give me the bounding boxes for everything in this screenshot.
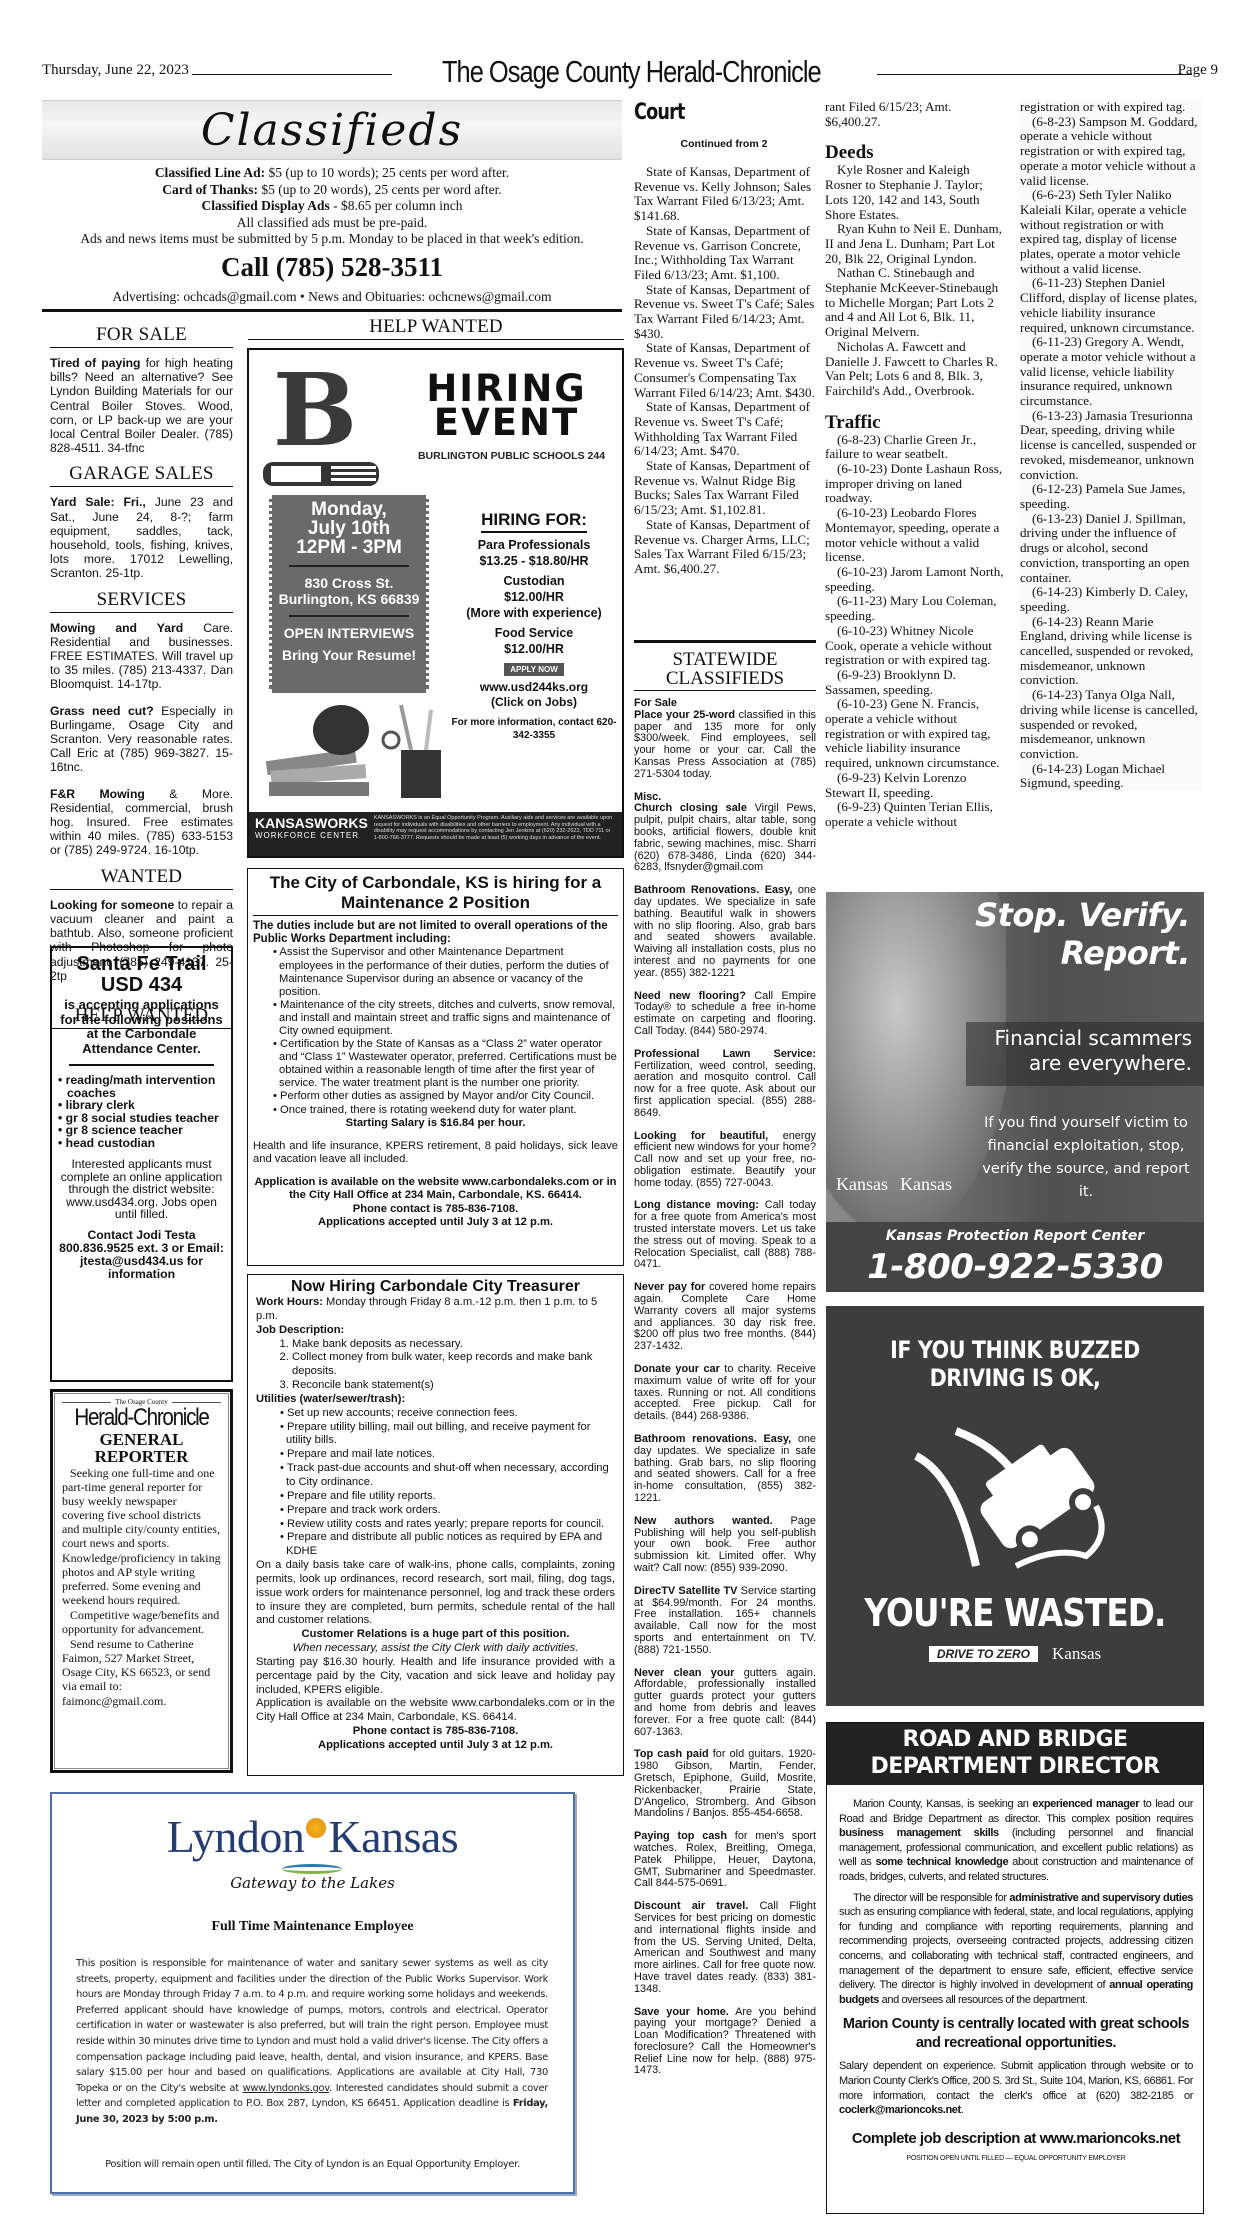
traffic-item: (6-10-23) Whitney Nicole Cook, operate a… xyxy=(825,624,1008,668)
classified-rates: Classified Line Ad: $5 (up to 10 words);… xyxy=(42,165,622,248)
daily-duties: On a daily basis take care of walk-ins, … xyxy=(256,1559,615,1628)
classified-ad: Tired of paying for high heating bills? … xyxy=(50,356,233,455)
call-number: Call (785) 528-3511 xyxy=(42,252,622,283)
rate-line: Classified Line Ad: $5 (up to 10 words);… xyxy=(42,165,622,182)
court-continued-column: rant Filed 6/15/23; Amt. $6,400.27. Deed… xyxy=(825,100,1008,830)
section-heading-for-sale: FOR SALE xyxy=(50,324,233,348)
classified-ad: Grass need cut? Especially in Burlingame… xyxy=(50,704,233,775)
divider xyxy=(289,565,409,567)
ad-footer: POSITION OPEN UNTIL FILLED — EQUAL OPPOR… xyxy=(839,2155,1193,2162)
job-description-list: Make bank deposits as necessary. Collect… xyxy=(256,1338,615,1393)
traffic-item: (6-11-23) Stephen Daniel Clifford, displ… xyxy=(1020,276,1202,335)
ad-headline: Stop. Verify.Report. xyxy=(975,896,1190,972)
statewide-classifieds-header: STATEWIDE CLASSIFIEDS xyxy=(634,640,816,691)
sponsor-logos: DRIVE TO ZERO Kansas xyxy=(826,1644,1204,1664)
kansasworks-footer: KANSASWORKSWORKFORCE CENTER KANSASWORKS … xyxy=(249,812,622,856)
job-item: Collect money from bulk water, keep reco… xyxy=(292,1351,615,1379)
utilities-label: Utilities (water/sewer/trash): xyxy=(256,1393,405,1405)
deeds-heading: Deeds xyxy=(825,143,1008,163)
traffic-item: (6-10-23) Donte Lashaun Ross, improper d… xyxy=(825,462,1008,506)
wave-icon xyxy=(282,1864,342,1874)
court-item-continued: rant Filed 6/15/23; Amt. $6,400.27. xyxy=(825,100,1008,129)
traffic-item: (6-14-23) Logan Michael Sigmund, speedin… xyxy=(1020,762,1202,791)
traffic-item: (6-10-23) Jarom Lamont North, speeding. xyxy=(825,565,1008,594)
rate-line: All classified ads must be pre-paid. xyxy=(42,215,622,232)
duty-item: Assist the Supervisor and other Maintena… xyxy=(279,946,618,998)
court-item: State of Kansas, Department of Revenue v… xyxy=(634,165,816,224)
deed-item: Kyle Rosner and Kaleigh Rosner to Stepha… xyxy=(825,163,1008,222)
report-phone-number: 1-800-922-5330 xyxy=(826,1247,1204,1287)
statewide-ad: Professional Lawn Service: Fertilization… xyxy=(634,1049,816,1120)
rate-line: Card of Thanks: $5 (up to 20 words), 25 … xyxy=(42,182,622,199)
ad-title: Now Hiring Carbondale City Treasurer xyxy=(256,1278,615,1296)
traffic-item: (6-13-23) Jamasia Tresurionna Dear, spee… xyxy=(1020,409,1202,483)
duties-intro: The duties include but are not limited t… xyxy=(253,920,618,946)
sun-icon xyxy=(306,1818,326,1838)
clerk-email-link[interactable]: coclerk@marioncoks.net xyxy=(839,2104,961,2116)
court-records: State of Kansas, Department of Revenue v… xyxy=(634,165,816,577)
ad-body: If you find yourself victim to financial… xyxy=(976,1112,1196,1204)
court-item: State of Kansas, Department of Revenue v… xyxy=(634,224,816,283)
phone-contact: Phone contact is 785-836-7108. xyxy=(256,1725,615,1739)
classifieds-banner: Classifieds xyxy=(42,100,622,160)
utility-item: Prepare and mail late notices. xyxy=(286,1448,615,1462)
contact-info: Contact Jodi Testa 800.836.9525 ext. 3 o… xyxy=(58,1229,225,1281)
divider xyxy=(69,1064,214,1066)
section-heading-statewide: STATEWIDE CLASSIFIEDS xyxy=(634,646,816,691)
position-item: • head custodian xyxy=(58,1137,225,1150)
ad-title: ROAD AND BRIDGE DEPARTMENT DIRECTOR xyxy=(827,1723,1203,1785)
lyndon-website-link[interactable]: www.lyndonks.gov xyxy=(243,2083,329,2094)
traffic-item: (6-10-23) Leobardo Flores Montemayor, sp… xyxy=(825,506,1008,565)
job-description-label: Job Description: xyxy=(256,1324,344,1336)
santa-fe-usd434-ad: Santa Fe Trail USD 434 is accepting appl… xyxy=(50,946,233,1382)
deadline: Applications accepted until July 3 at 12… xyxy=(256,1739,615,1753)
job-listing: Custodian$12.00/HR(More with experience) xyxy=(449,573,619,621)
utility-item: Track past-due accounts and shut-off whe… xyxy=(286,1462,615,1490)
job-description-link[interactable]: Complete job description at www.marionco… xyxy=(839,2130,1193,2147)
court-item: State of Kansas, Department of Revenue v… xyxy=(634,283,816,342)
book-icon xyxy=(261,458,381,490)
traffic-item: (6-9-23) Quinten Terian Ellis, operate a… xyxy=(825,800,1008,829)
section-heading-services: SERVICES xyxy=(50,589,233,613)
herald-chronicle-reporter-ad: The Osage County Herald-Chronicle GENERA… xyxy=(50,1389,233,1773)
rate-line: Ads and news items must be submitted by … xyxy=(42,231,622,248)
hiring-for-list: HIRING FOR: Para Professionals$13.25 - $… xyxy=(449,510,619,742)
traffic-item: (6-14-23) Reann Marie England, driving w… xyxy=(1020,615,1202,689)
ad-subtitle: is accepting applications for the follow… xyxy=(58,998,225,1056)
statewide-classifieds: For Sale Place your 25-word classified i… xyxy=(634,698,816,2088)
classified-ad: F&R Mowing & More. Residential, commerci… xyxy=(50,787,233,858)
job-item: Make bank deposits as necessary. xyxy=(292,1338,615,1352)
rate-line: Classified Display Ads - $8.65 per colum… xyxy=(42,198,622,215)
continued-note: Continued from 2 xyxy=(634,138,814,150)
court-item: State of Kansas, Department of Revenue v… xyxy=(634,341,816,400)
statewide-ad: Paying top cash for men's sport watches.… xyxy=(634,1831,816,1890)
lyndon-kansas-ad: LyndonKansas Gateway to the Lakes Full T… xyxy=(50,1792,575,2194)
help-wanted-header: HELP WANTED xyxy=(248,316,624,340)
kansas-logo: Kansas xyxy=(900,1174,952,1195)
crashing-car-icon xyxy=(896,1416,1136,1576)
newspaper-title: The Osage County Herald-Chronicle xyxy=(442,54,821,90)
hiring-event-headline: HIRING EVENT xyxy=(399,372,614,440)
traffic-item: (6-6-23) Seth Tyler Naliko Kaleiali Kila… xyxy=(1020,188,1202,276)
deadline: Applications accepted until July 3 at 12… xyxy=(253,1216,618,1229)
statewide-ad: Never clean your gutters again. Affordab… xyxy=(634,1668,816,1739)
deed-item: Nathan C. Stinebaugh and Stephanie McKee… xyxy=(825,266,1008,340)
masthead: Thursday, June 22, 2023 The Osage County… xyxy=(42,54,1218,94)
duty-item: Once trained, there is rotating weekend … xyxy=(279,1104,618,1117)
duty-item: Certification by the State of Kansas as … xyxy=(279,1038,618,1090)
deed-item: Nicholas A. Fawcett and Danielle J. Fawc… xyxy=(825,340,1008,399)
statewide-ad: Discount air travel. Call Flight Service… xyxy=(634,1901,816,1995)
statewide-ad: New authors wanted. Page Publishing will… xyxy=(634,1516,816,1575)
ad-masthead: Herald-Chronicle xyxy=(73,1404,210,1432)
statewide-ad: Donate your car to charity. Receive maxi… xyxy=(634,1364,816,1423)
section-heading-wanted: WANTED xyxy=(50,866,233,890)
website-link[interactable]: www.usd244ks.org(Click on Jobs) xyxy=(449,680,619,710)
customer-relations: Customer Relations is a huge part of thi… xyxy=(256,1628,615,1642)
school-name: BURLINGTON PUBLIC SCHOOLS 244 xyxy=(399,450,624,462)
masthead-rule xyxy=(877,74,1192,75)
ad-footer: Position will remain open until filled. … xyxy=(52,2159,573,2170)
ad-tagline: YOU'RE WASTED. xyxy=(852,1591,1177,1635)
lyndon-logo: LyndonKansas xyxy=(52,1810,573,1863)
statewide-ad: Never pay for covered home repairs again… xyxy=(634,1282,816,1353)
traffic-item: (6-13-23) Daniel J. Spillman, driving un… xyxy=(1020,512,1202,586)
statewide-ad: Bathroom Renovations. Easy, one day upda… xyxy=(634,885,816,979)
statewide-ad: Church closing sale Virgil Pews, pulpit,… xyxy=(634,803,816,874)
job-item: Reconcile bank statement(s) xyxy=(292,1379,615,1393)
ad-title: Santa Fe Trail USD 434 xyxy=(58,954,225,996)
application-info: Application is available on the website … xyxy=(253,1176,618,1202)
job-listing: Food Service$12.00/HR xyxy=(449,625,619,657)
ad-headline: IF YOU THINK BUZZED DRIVING IS OK, xyxy=(852,1336,1177,1392)
section-heading-garage-sales: GARAGE SALES xyxy=(50,463,233,487)
utility-item: Prepare and file utility reports. xyxy=(286,1490,615,1504)
utility-item: Prepare utility billing, mail out billin… xyxy=(286,1421,615,1449)
report-center-name: Kansas Protection Report Center xyxy=(826,1228,1204,1244)
section-rule xyxy=(42,309,622,312)
positions-list: • reading/math intervention coaches • li… xyxy=(58,1074,225,1149)
ad-paragraph: Send resume to Catherine Faimon, 527 Mar… xyxy=(62,1637,221,1707)
traffic-heading: Traffic xyxy=(825,413,1008,433)
job-title: Full Time Maintenance Employee xyxy=(52,1919,573,1935)
carbondale-maintenance-ad: The City of Carbondale, KS is hiring for… xyxy=(247,868,624,1266)
traffic-item: (6-14-23) Tanya Olga Nall, driving while… xyxy=(1020,688,1202,762)
classifieds-banner-title: Classifieds xyxy=(42,101,622,161)
duties-list: Assist the Supervisor and other Maintena… xyxy=(253,946,618,1116)
assist-note: When necessary, assist the City Clerk wi… xyxy=(256,1642,615,1656)
traffic-continued-column: registration or with expired tag. (6-8-2… xyxy=(1020,100,1202,791)
court-heading: Court xyxy=(634,100,685,125)
classifieds-column: FOR SALE Tired of paying for high heatin… xyxy=(50,316,233,1029)
statewide-ad: DirecTV Satellite TV Service starting at… xyxy=(634,1586,816,1657)
utility-item: Prepare and distribute all public notice… xyxy=(286,1531,615,1559)
contact-emails: Advertising: ochcads@gmail.com • News an… xyxy=(42,289,622,305)
ad-subheadline: Financial scammersare everywhere. xyxy=(994,1026,1192,1076)
issue-date: Thursday, June 22, 2023 xyxy=(42,62,189,79)
event-details-panel: Monday, July 10th 12PM - 3PM 830 Cross S… xyxy=(269,495,429,693)
utilities-list: Set up new accounts; receive connection … xyxy=(256,1407,615,1559)
traffic-item-continued: registration or with expired tag. xyxy=(1020,100,1202,115)
deed-item: Ryan Kuhn to Neil E. Dunham, II and Jena… xyxy=(825,222,1008,266)
drive-to-zero-logo: DRIVE TO ZERO xyxy=(929,1646,1038,1662)
burlington-hiring-event-ad: B HIRING EVENT BURLINGTON PUBLIC SCHOOLS… xyxy=(247,348,624,858)
application-info: Application is available on the website … xyxy=(256,1697,615,1725)
court-item: State of Kansas, Department of Revenue v… xyxy=(634,459,816,518)
statewide-ad: Top cash paid for old guitars. 1920-1980… xyxy=(634,1749,816,1820)
kdot-kansas-logo: Kansas xyxy=(1052,1644,1101,1664)
statewide-ad: Save your home. Are you behind paying yo… xyxy=(634,2007,816,2078)
divider xyxy=(289,615,409,617)
duty-item: Perform other duties as assigned by Mayo… xyxy=(279,1090,618,1103)
kansas-logo: Kansas xyxy=(836,1174,888,1195)
job-description: This position is responsible for mainten… xyxy=(76,1956,548,2128)
road-and-bridge-director-ad: ROAD AND BRIDGE DEPARTMENT DIRECTOR Mari… xyxy=(826,1722,1204,2214)
traffic-item: (6-8-23) Sampson M. Goddard, operate a v… xyxy=(1020,115,1202,189)
ad-paragraph: Competitive wage/benefits and opportunit… xyxy=(62,1608,221,1636)
books-and-pencils-image xyxy=(261,700,451,800)
statewide-ad: Place your 25-word classified in this pa… xyxy=(634,710,816,781)
traffic-item: (6-11-23) Gregory A. Wendt, operate a mo… xyxy=(1020,335,1202,409)
classified-ad: Mowing and Yard Care. Residential and bu… xyxy=(50,621,233,692)
work-hours: Work Hours: Monday through Friday 8 a.m.… xyxy=(256,1296,615,1324)
duty-item: Maintenance of the city streets, ditches… xyxy=(279,999,618,1038)
position-item: • reading/math intervention coaches xyxy=(58,1074,225,1099)
ad-paragraph: Seeking one full-time and one part-time … xyxy=(62,1466,221,1607)
traffic-item: (6-8-23) Charlie Green Jr., failure to w… xyxy=(825,433,1008,462)
masthead-rule xyxy=(192,74,392,75)
job-listing: Para Professionals$13.25 - $18.80/HR xyxy=(449,537,619,569)
utility-item: Prepare and track work orders. xyxy=(286,1504,615,1518)
court-item: State of Kansas, Department of Revenue v… xyxy=(634,518,816,577)
traffic-item: (6-14-23) Kimberly D. Caley, speeding. xyxy=(1020,585,1202,614)
classified-ad: Yard Sale: Fri., June 23 and Sat., June … xyxy=(50,495,233,580)
ad-paragraph: The director will be responsible for adm… xyxy=(839,1891,1193,2008)
benefits: Health and life insurance, KPERS retirem… xyxy=(253,1140,618,1166)
carbondale-treasurer-ad: Now Hiring Carbondale City Treasurer Wor… xyxy=(247,1274,624,1776)
utility-item: Review utility costs and rates yearly; p… xyxy=(286,1518,615,1532)
pay-info: Starting pay $16.30 hourly. Health and l… xyxy=(256,1656,615,1698)
stop-verify-report-ad: Stop. Verify.Report. Financial scammersa… xyxy=(826,892,1204,1292)
disclaimer: KANSASWORKS is an Equal Opportunity Prog… xyxy=(374,815,616,853)
traffic-item: (6-10-23) Gene N. Francis, operate a veh… xyxy=(825,697,1008,771)
court-item: State of Kansas, Department of Revenue v… xyxy=(634,400,816,459)
statewide-ad: Looking for beautiful, energy efficient … xyxy=(634,1131,816,1190)
tagline: Gateway to the Lakes xyxy=(52,1874,573,1892)
traffic-item: (6-12-23) Pamela Sue James, speeding. xyxy=(1020,482,1202,511)
kansasworks-logo: KANSASWORKSWORKFORCE CENTER xyxy=(255,815,368,853)
more-info: For more information, contact 620-342-33… xyxy=(449,716,619,742)
buzzed-driving-ad: IF YOU THINK BUZZED DRIVING IS OK, YOU'R… xyxy=(826,1306,1204,1706)
kansas-agency-logos: KansasKansas xyxy=(836,1174,952,1195)
page-number: Page 9 xyxy=(1178,62,1218,79)
traffic-item: (6-11-23) Mary Lou Coleman, speeding. xyxy=(825,594,1008,623)
ad-paragraph: Marion County, Kansas, is seeking an exp… xyxy=(839,1797,1193,1885)
statewide-ad: Long distance moving: Call today for a f… xyxy=(634,1200,816,1271)
statewide-ad: Need new flooring? Call Empire Today® to… xyxy=(634,991,816,1038)
salary-info: Salary dependent on experience. Submit a… xyxy=(839,2059,1193,2117)
section-heading-help-wanted: HELP WANTED xyxy=(248,316,624,340)
ad-title: The City of Carbondale, KS is hiring for… xyxy=(253,873,618,916)
traffic-item: (6-9-23) Kelvin Lorenzo Stewart II, spee… xyxy=(825,771,1008,800)
salary: Starting Salary is $16.84 per hour. xyxy=(253,1117,618,1130)
phone-contact: Phone contact is 785-836-7108. xyxy=(253,1203,618,1216)
school-b-logo: B xyxy=(261,360,369,460)
utility-item: Set up new accounts; receive connection … xyxy=(286,1407,615,1421)
apply-now-button[interactable]: APPLY NOW xyxy=(504,663,564,676)
statewide-ad: Bathroom renovations. Easy, one day upda… xyxy=(634,1434,816,1505)
ad-body: Marion County, Kansas, is seeking an exp… xyxy=(839,1797,1193,2162)
traffic-item: (6-9-23) Brooklynn D. Sassamen, speeding… xyxy=(825,668,1008,697)
application-instructions: Interested applicants must complete an o… xyxy=(58,1158,225,1221)
location-highlight: Marion County is centrally located with … xyxy=(839,2015,1193,2053)
job-title: GENERAL REPORTER xyxy=(62,1432,221,1465)
